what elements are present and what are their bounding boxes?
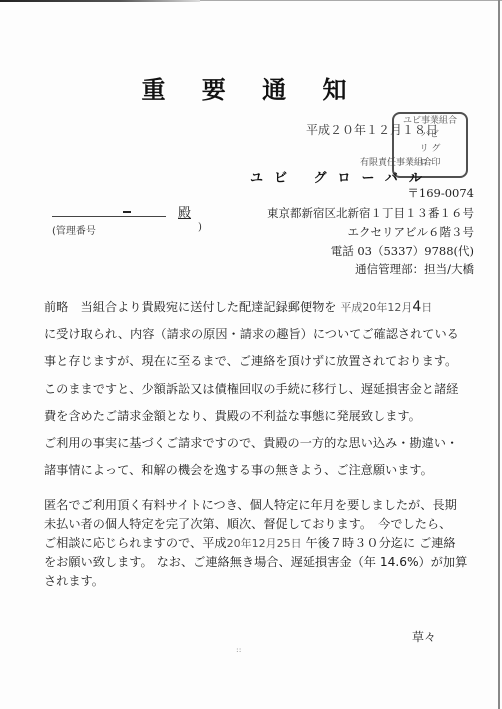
sender-phone: 電話 03（5337）9788(代) [331, 243, 474, 259]
body-line: をお願い致します。 なお、ご連絡無き場合、遅延損害金（年 14.6%）が加算 [44, 553, 484, 570]
body-text: 前略 当組合より貴殿宛に送付した配達記録郵便物を [44, 300, 337, 314]
body-line: 前略 当組合より貴殿宛に送付した配達記録郵便物を 平成20年12月4日 [44, 298, 484, 315]
scan-artifact: :: [236, 645, 241, 654]
body-line: 匿名でご利用頂く有料サイトにつき、個人特定に年月を要しましたが、長期 [44, 496, 484, 513]
recipient-name-blank [52, 216, 166, 217]
scan-edge-top [0, 0, 200, 2]
stamp-line: バビ [394, 128, 466, 142]
body-line: されます。 [44, 572, 484, 589]
sender-address-line2: エクセリアビル６階３号 [348, 224, 475, 240]
sender-address-line1: 東京都新宿区北新宿１丁目１３番１６号 [267, 205, 474, 221]
body-line: このままですと、少額訴訟又は債権回収の手続に移行し、遅延損害金と諸経 [44, 380, 484, 397]
management-number-close: ) [198, 222, 202, 233]
scanned-letter-page: 重 要 通 知 平成２０年１２月１８日 ユビ事業組合 バビ リ グ ロ 印 有限… [0, 0, 502, 709]
sender-department: 通信管理部：担当/大橋 [355, 261, 474, 277]
scan-edge-right [498, 0, 500, 709]
body-line: 未払い者の個人特定を完了次第、順次、督促しております。 今でしたら、 [44, 515, 484, 532]
body-text: ご相談に応じられますので、平成 [44, 536, 227, 550]
closing-phrase: 草々 [412, 628, 436, 645]
body-line: ご相談に応じられますので、平成20年12月25日 午後７時３０分迄に ご連絡 [44, 534, 484, 551]
body-line: ご利用の事実に基づくご請求ですので、貴殿の一方的な思い込み・勘違い・ [44, 434, 484, 451]
document-title: 重 要 通 知 [0, 70, 502, 105]
handwritten-day: 4 [412, 299, 421, 315]
sender-postal-code: 〒169-0074 [407, 185, 474, 201]
recipient-honorific: 殿 [178, 202, 191, 221]
stamp-line: ユビ事業組合 [394, 114, 466, 128]
recipient-redaction-mark [123, 211, 131, 213]
body-line: 事と存じますが、現在に至るまで、ご連絡を頂けずに放置されております。 [44, 352, 484, 369]
handwritten-day-suffix: 日 [421, 301, 432, 314]
sender-company-name: ユビ グローバル [250, 167, 433, 186]
scan-edge-top-light [200, 0, 502, 1]
body-line: 費を含めたご請求金額となり、貴殿の不利益な事態に発展致します。 [44, 407, 484, 424]
body-line: に受け取られ、内容（請求の原因・請求の趣旨）についてご確認されている [44, 325, 484, 342]
management-number-label: (管理番号 [52, 222, 96, 237]
stamp-line: リ グ [394, 142, 466, 156]
body-line: 諸事情によって、和解の機会を逸する事の無きよう、ご注意願います。 [44, 461, 484, 478]
handwritten-date: 平成20年12月 [340, 301, 412, 314]
handwritten-deadline-date: 20年12月25日 [227, 537, 302, 550]
body-text: 午後７時３０分迄に ご連絡 [302, 536, 456, 550]
